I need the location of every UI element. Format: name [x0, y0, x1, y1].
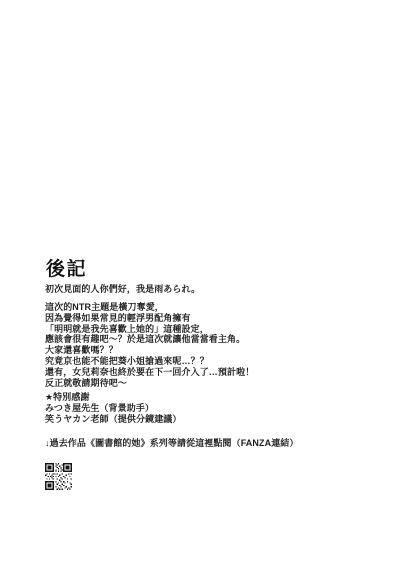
credit-line: みつき屋先生（背景助手）	[45, 403, 182, 414]
past-works-link-line: ↓過去作品《圖書館的她》系列等請從這裡點閱（FANZA連結）	[45, 438, 299, 449]
intro-line: 初次見面的人你們好，我是雨あられ。	[45, 284, 200, 295]
credit-line: 笑うヤカン老師（提供分鏡建議）	[45, 414, 182, 425]
link-line-text: ↓過去作品《圖書館的她》系列等請從這裡點閱（FANZA連結）	[45, 438, 299, 449]
paragraph-line: 大家還喜歡嗎？？	[45, 345, 245, 356]
concept-paragraph: 這次的NTR主題是橫刀奪愛， 因為覺得如果常見的輕浮男配角擁有 「明明就是我先喜…	[45, 302, 245, 356]
paragraph-line: 還有，女兒莉奈也終於要在下一回介入了…預計啦！	[45, 367, 254, 378]
qr-code	[45, 463, 72, 490]
paragraph-line: 因為覺得如果常見的輕浮男配角擁有	[45, 313, 245, 324]
afterword-page: 後記 初次見面的人你們好，我是雨あられ。 這次的NTR主題是橫刀奪愛， 因為覺得…	[0, 0, 400, 565]
paragraph-line: 「明明就是我先喜歡上她的」這種設定，	[45, 324, 245, 335]
paragraph-line: 究竟京也能不能把葵小姐搶過來呢…？？	[45, 356, 254, 367]
paragraph-line: 應該會很有趣吧～？於是這次就讓他當當看主角。	[45, 334, 245, 345]
teaser-paragraph: 究竟京也能不能把葵小姐搶過來呢…？？ 還有，女兒莉奈也終於要在下一回介入了…預計…	[45, 356, 254, 388]
paragraph-line: 反正就敬請期待吧～	[45, 378, 254, 389]
paragraph-line: 這次的NTR主題是橫刀奪愛，	[45, 302, 245, 313]
page-title: 後記	[46, 254, 87, 281]
intro-paragraph: 初次見面的人你們好，我是雨あられ。	[45, 284, 200, 295]
special-thanks-heading: ★特別感謝	[45, 392, 182, 403]
special-thanks-section: ★特別感謝 みつき屋先生（背景助手） 笑うヤカン老師（提供分鏡建議）	[45, 392, 182, 424]
